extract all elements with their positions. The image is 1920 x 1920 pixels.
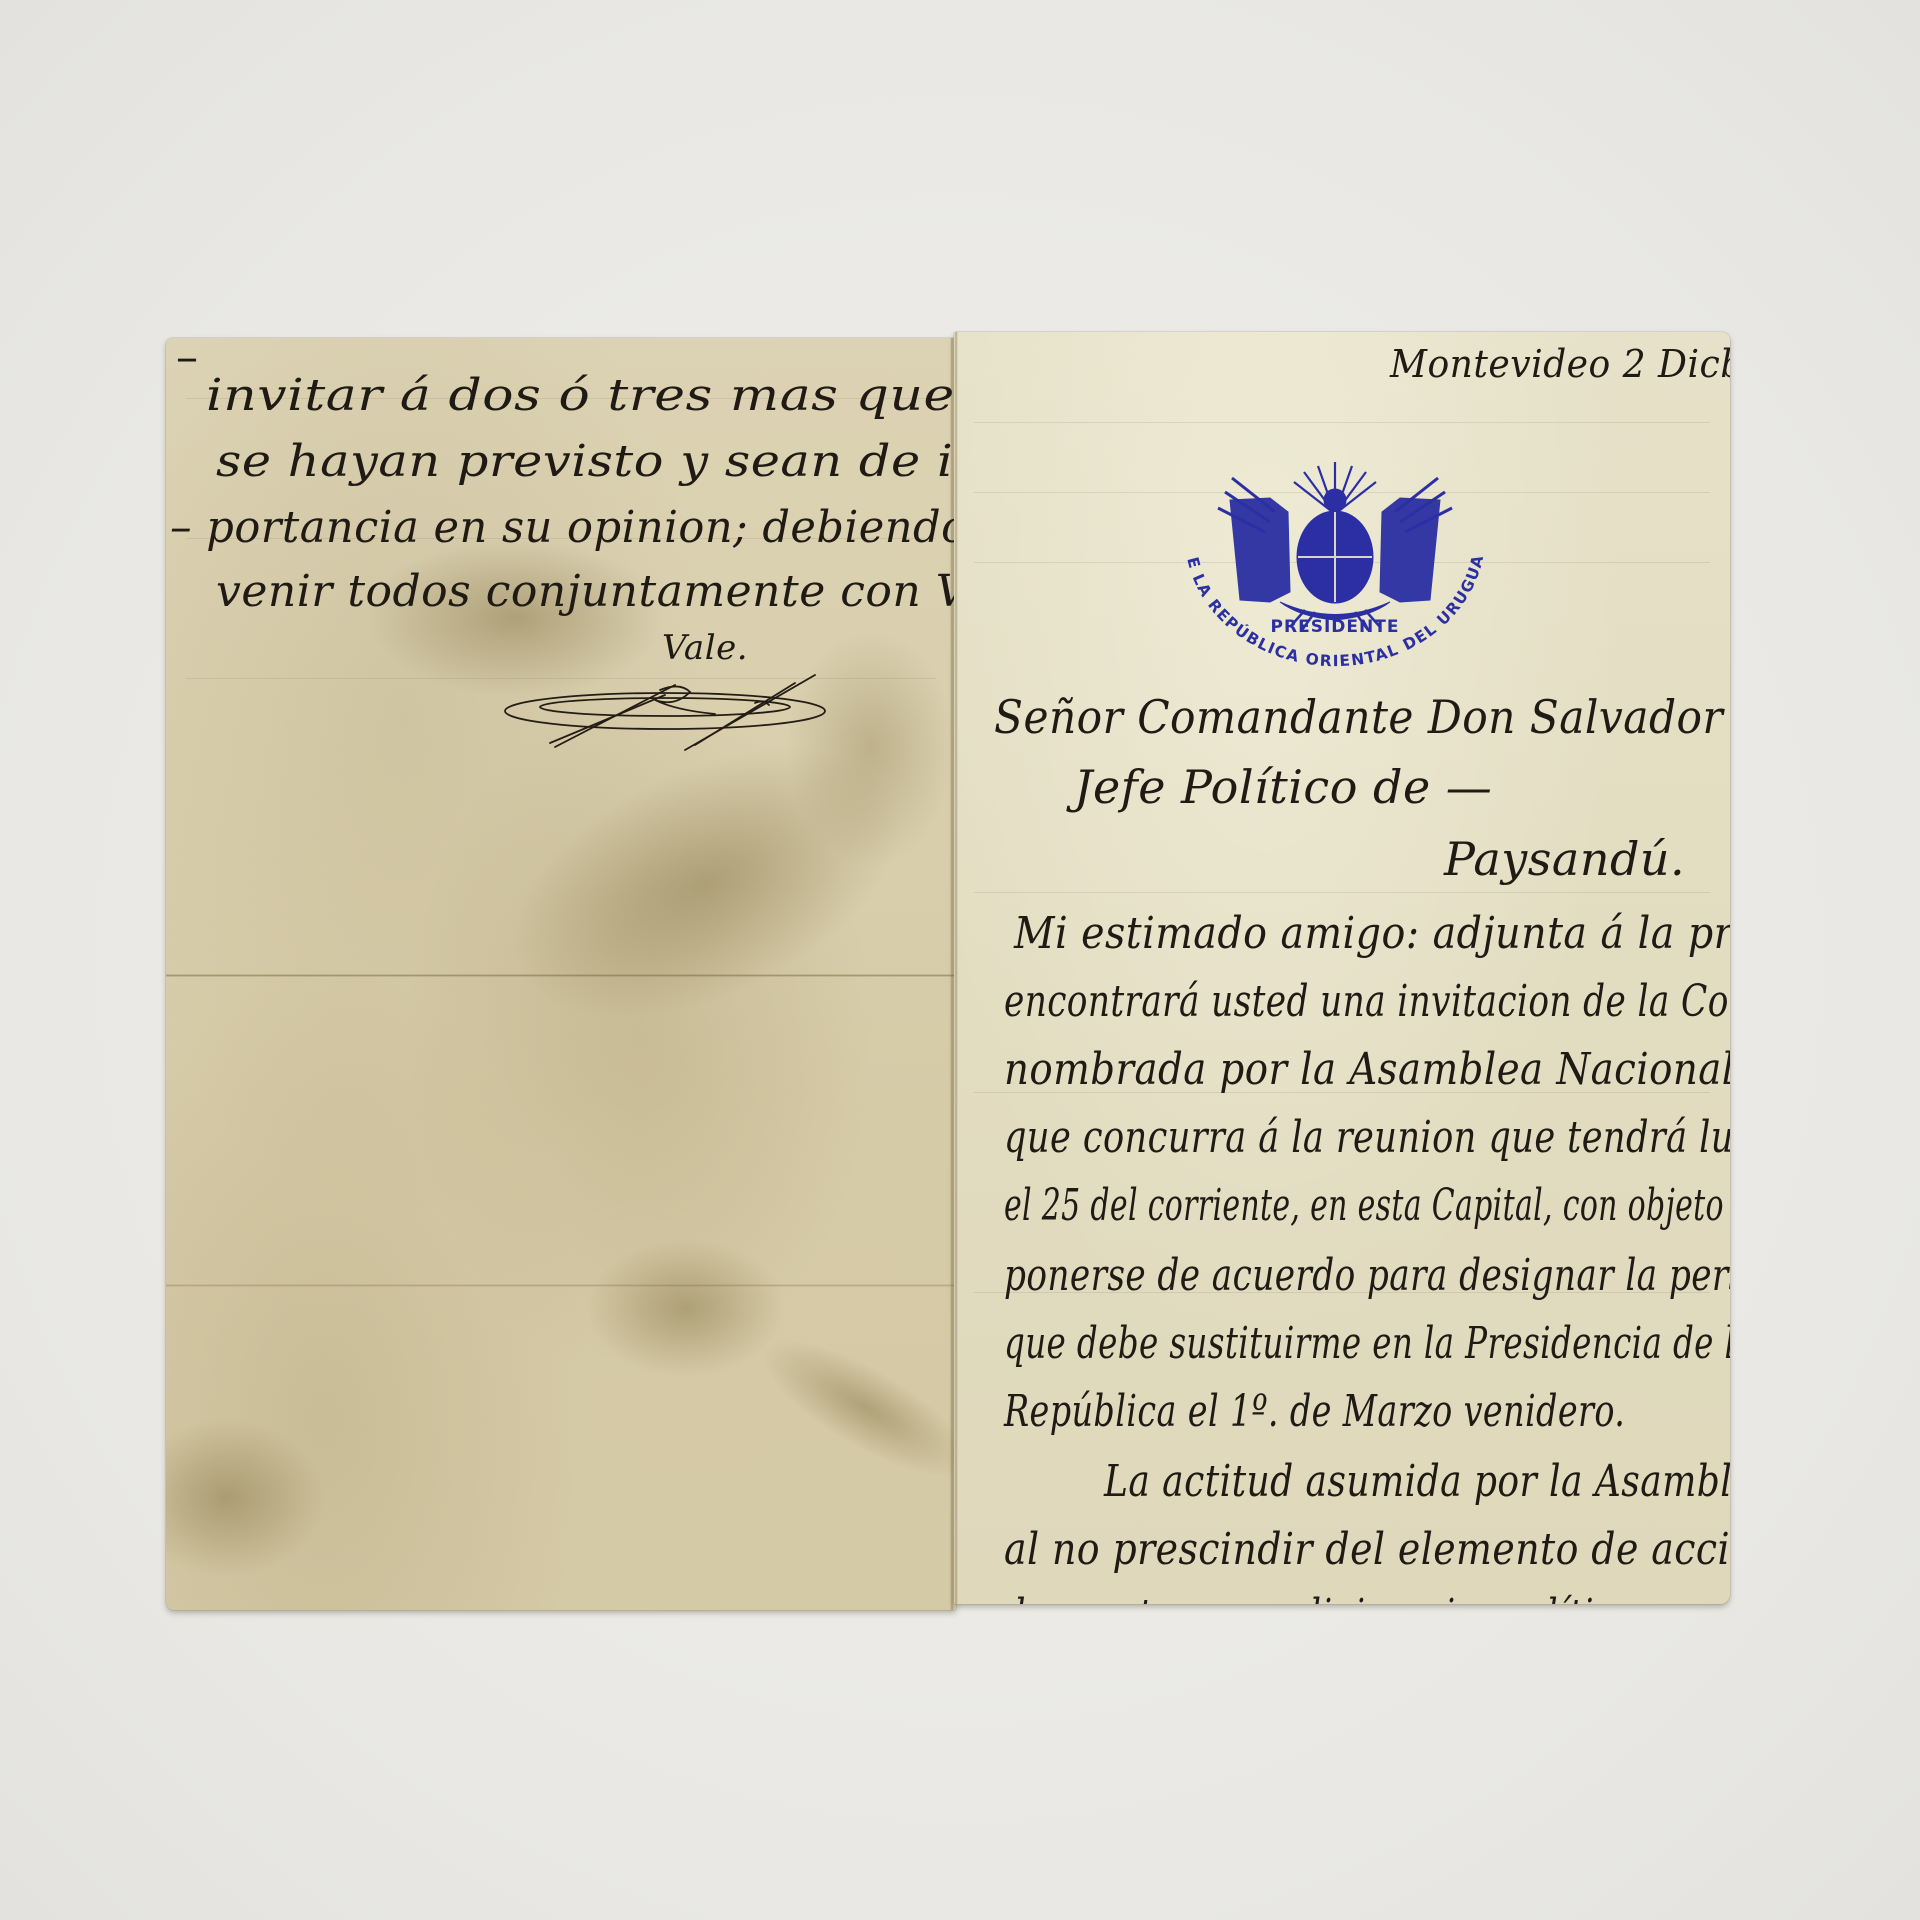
handwritten-line: nombrada por la Asamblea Nacional para xyxy=(1004,1044,1730,1095)
handwritten-line: La actitud asumida por la Asamblea xyxy=(1104,1456,1730,1507)
handwritten-line: que concurra á la reunion que tendrá lug… xyxy=(1004,1112,1730,1163)
letterhead-title: PRESIDENTE xyxy=(1170,617,1500,637)
handwritten-line: encontrará usted una invitacion de la Co… xyxy=(1004,976,1730,1027)
handwritten-line: el 25 del corriente, en esta Capital, co… xyxy=(1004,1180,1730,1231)
continuation-dash: – xyxy=(176,338,199,383)
addressee-line: Jefe Político de — xyxy=(1074,760,1492,814)
handwritten-line: venir todos conjuntamente con V. xyxy=(216,566,956,617)
handwritten-line: República el 1º. de Marzo venidero. xyxy=(1004,1386,1625,1437)
handwritten-line: invitar á dos ó tres mas que no xyxy=(206,370,956,421)
handwritten-line: se hayan previsto y sean de im – xyxy=(216,436,956,487)
handwritten-line: Mi estimado amigo: adjunta á la presente xyxy=(1014,908,1730,959)
handwritten-line: de nuestros correligionarios políticos p… xyxy=(1004,1590,1730,1604)
fold-crease xyxy=(166,974,956,977)
left-page: – invitar á dos ó tres mas que no se hay… xyxy=(166,338,956,1610)
handwritten-line: – portancia en su opinion; debiendo xyxy=(170,502,956,553)
dateline: Montevideo 2 Dicbre. 1885. xyxy=(1390,342,1730,386)
presidential-letterhead: DE LA REPÚBLICA ORIENTAL DEL URUGUAY PRE… xyxy=(1170,452,1500,692)
coat-of-arms-of-uruguay-icon: DE LA REPÚBLICA ORIENTAL DEL URUGUAY xyxy=(1170,452,1500,692)
addressee-line: Señor Comandante Don Salvador Tajes xyxy=(994,690,1730,744)
signature-flourish xyxy=(495,655,835,755)
handwritten-line: al no prescindir del elemento de accion xyxy=(1004,1524,1730,1575)
handwritten-line: que debe sustituirme en la Presidencia d… xyxy=(1004,1318,1730,1369)
addressee-line: Paysandú. xyxy=(1444,832,1685,886)
fold-crease xyxy=(166,1284,956,1287)
page-gutter xyxy=(954,332,958,1604)
handwritten-line: ponerse de acuerdo para designar la pers… xyxy=(1004,1250,1730,1301)
